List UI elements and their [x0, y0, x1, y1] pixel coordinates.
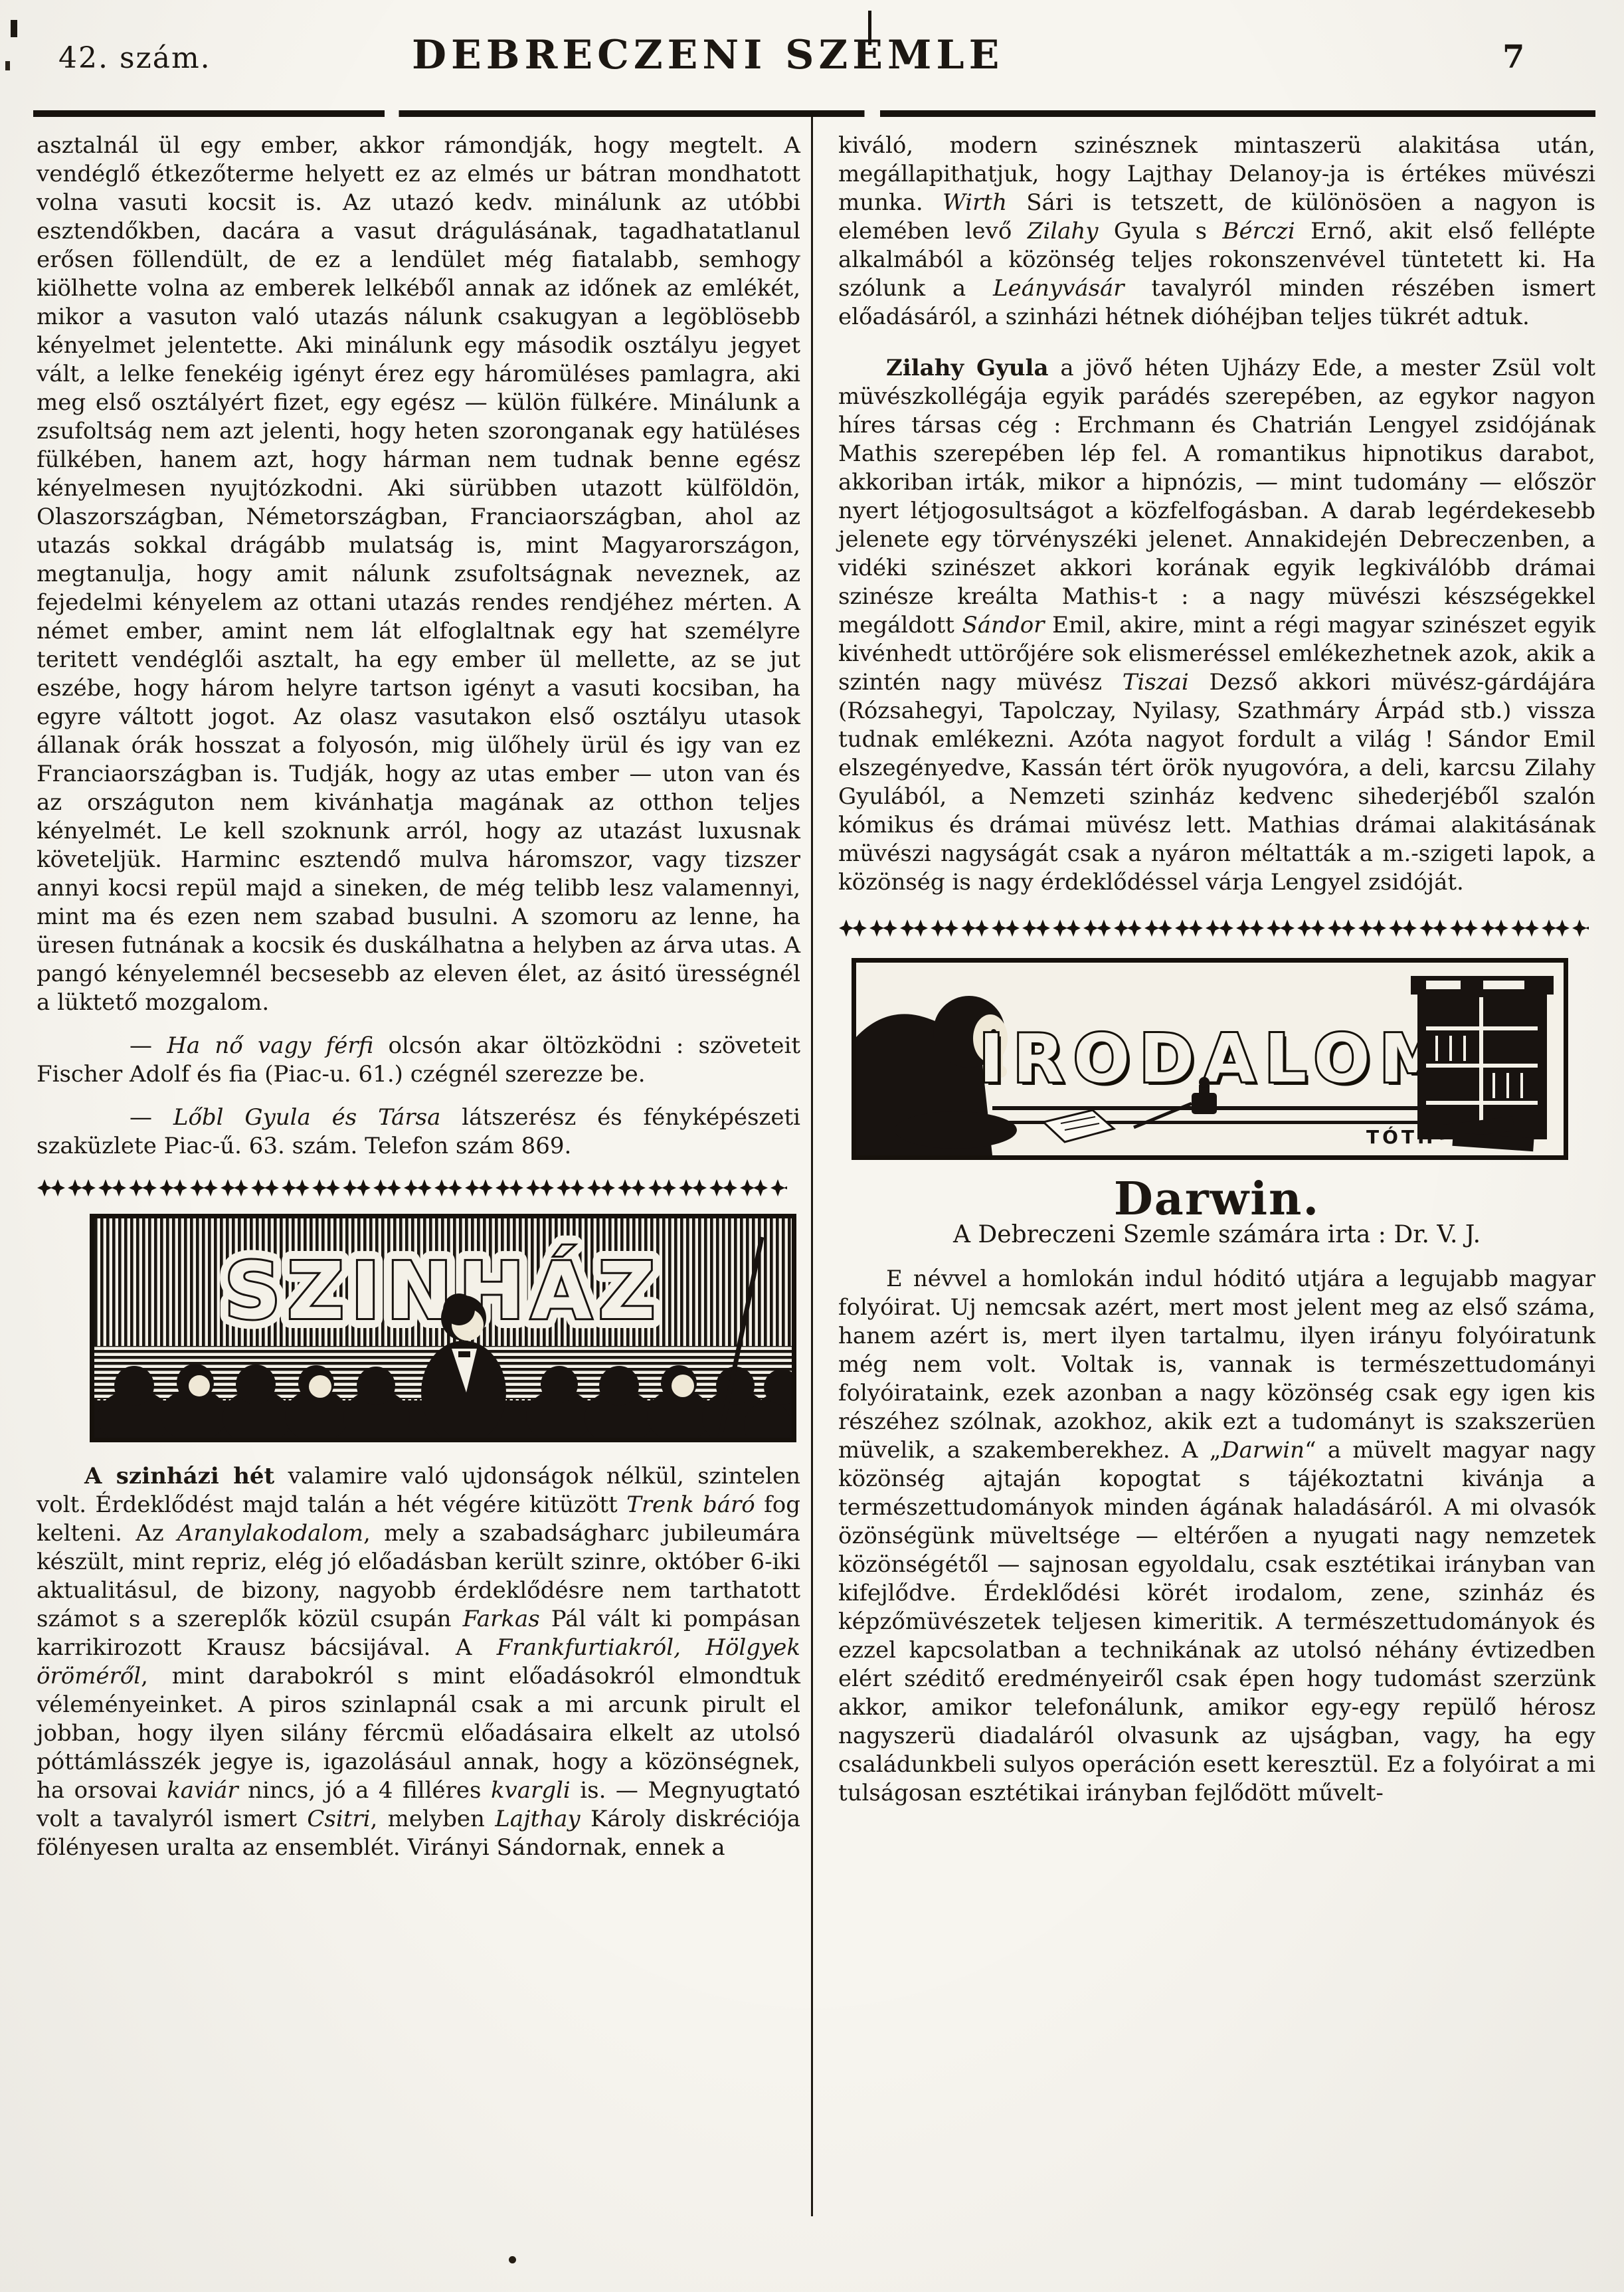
header-rule [33, 110, 1595, 117]
right-column: kiváló, modern szinésznek mintaszerü ala… [838, 132, 1595, 1808]
scan-artifact [509, 2256, 516, 2263]
left-column: asztalnál ül egy ember, akkor rámondják,… [37, 132, 800, 1862]
page-number: 7 [1502, 39, 1524, 76]
issue-number: 42. szám. [58, 41, 211, 75]
masthead-title: DEBRECZENI SZEMLE [412, 32, 917, 78]
travel-article-continuation: asztalnál ül egy ember, akkor rámondják,… [37, 132, 800, 1017]
irodalom-illustration: IRODALOM IRODALOM [852, 958, 1568, 1160]
darwin-article-title: Darwin. [838, 1185, 1595, 1214]
column-divider-rule [811, 117, 813, 2216]
szinhaz-illustration: SZINHÁZ SZINHÁZ [90, 1214, 796, 1442]
artist-signature: TÓTH [1366, 1125, 1436, 1148]
newspaper-page: 42. szám. DEBRECZENI SZEMLE 7 asztalnál … [0, 0, 1624, 2292]
irodalom-title-text: IRODALOM [979, 1020, 1455, 1098]
ornament-divider [37, 1178, 787, 1198]
scan-artifact [11, 20, 17, 37]
notice-fischer-adolf: — Ha nő vagy férfi olcsón akar öltözködn… [37, 1032, 800, 1089]
scan-artifact [868, 11, 871, 45]
theater-article-continuation: kiváló, modern szinésznek mintaszerü ala… [838, 132, 1595, 332]
theater-week-article: A szinházi hét valamire való ujdonságok … [37, 1462, 800, 1862]
ornament-divider [838, 918, 1589, 938]
zilahy-gyula-article: Zilahy Gyula a jövő héten Ujházy Ede, a … [838, 354, 1595, 897]
notice-lobl-gyula: — Lőbl Gyula és Társa látszerész és fény… [37, 1103, 800, 1161]
darwin-byline: A Debreczeni Szemle számára irta : Dr. V… [838, 1220, 1595, 1249]
darwin-article-body: E névvel a homlokán indul hóditó utjára … [838, 1265, 1595, 1808]
scan-artifact [5, 61, 10, 70]
bookcase [1411, 976, 1554, 1139]
